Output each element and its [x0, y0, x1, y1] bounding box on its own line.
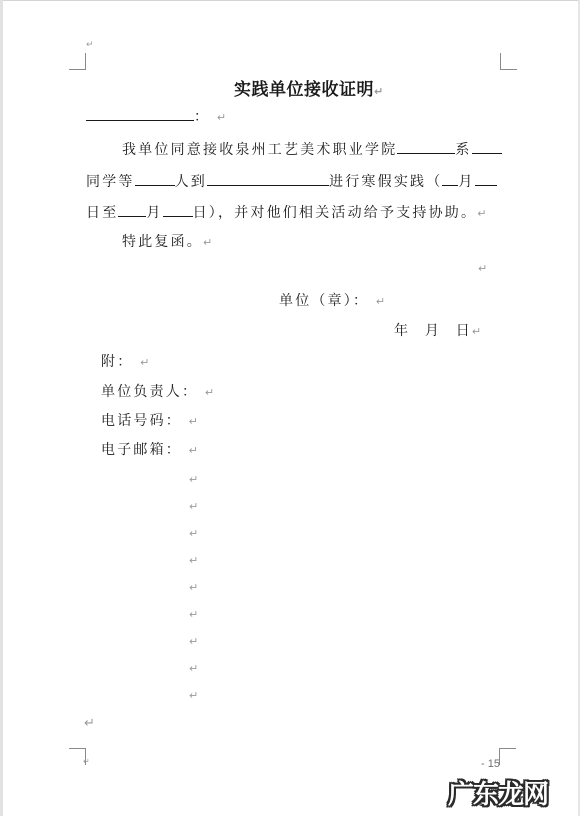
closing-text: 特此复函。	[122, 234, 203, 250]
unit-seal-label: 单位（章）：	[279, 293, 369, 309]
paragraph-mark-icon: ↵	[203, 236, 214, 249]
day-label: 日	[456, 323, 472, 339]
paragraph-mark-icon: ↵	[189, 444, 200, 457]
paragraph-mark-icon: ↵	[189, 635, 198, 648]
appendix-field-contact-person: 单位负责人： ↵	[101, 381, 216, 401]
title-text: 实践单位接收证明	[234, 80, 374, 100]
page-frame-left	[0, 0, 3, 816]
end-day-blank[interactable]	[163, 202, 193, 217]
addressee-blank[interactable]	[86, 106, 194, 121]
watermark-logo: 广东龙网	[448, 774, 548, 811]
para1-line2: 同学等人到进行寒假实践（月	[86, 171, 497, 191]
paragraph-mark-icon: ↵	[472, 325, 483, 338]
text: 日），并对他们相关活动给予支持协助。	[193, 205, 478, 221]
text: 我单位同意接收泉州工艺美术职业学院	[122, 142, 397, 158]
department-blank-2[interactable]	[472, 139, 502, 154]
field-label: 电话号码：	[101, 413, 182, 429]
para1-line1: 我单位同意接收泉州工艺美术职业学院系	[122, 139, 502, 159]
appendix-text: 附：	[101, 354, 133, 370]
margin-corner-top-right	[500, 53, 517, 70]
page-number: - 15	[481, 758, 500, 770]
paragraph-mark-icon: ↵	[140, 356, 151, 369]
paragraph-mark-icon: ↵	[376, 295, 387, 308]
paragraph-mark-icon: ↵	[478, 262, 487, 275]
month-label: 月	[425, 323, 441, 339]
paragraph-mark-icon: ↵	[217, 111, 228, 124]
paragraph-mark-icon: ↵	[189, 554, 198, 567]
paragraph-mark-icon: ↵	[374, 85, 384, 98]
appendix-field-phone: 电话号码： ↵	[101, 410, 200, 430]
paragraph-mark-icon: ↵	[189, 527, 198, 540]
paragraph-mark-icon: ↵	[84, 716, 95, 731]
document-title: 实践单位接收证明↵	[234, 75, 384, 100]
paragraph-mark-icon: ↵	[83, 757, 90, 766]
text: 同学等	[86, 174, 135, 190]
field-label: 单位负责人：	[101, 384, 198, 400]
text: 进行寒假实践（	[329, 174, 442, 190]
appendix-label: 附： ↵	[101, 351, 151, 371]
end-month-blank[interactable]	[118, 202, 146, 217]
appendix-field-email: 电子邮箱： ↵	[101, 439, 200, 459]
department-blank[interactable]	[397, 139, 455, 154]
margin-corner-bottom-right	[499, 748, 516, 765]
para1-line3: 日至月日），并对他们相关活动给予支持协助。↵	[86, 202, 489, 222]
closing-line: 特此复函。↵	[122, 231, 214, 251]
text: 系	[455, 142, 471, 158]
text: 人到	[175, 174, 207, 190]
paragraph-mark-icon: ↵	[86, 40, 94, 50]
unit-seal-line: 单位（章）： ↵	[279, 290, 387, 310]
year-label: 年	[394, 323, 410, 339]
date-line: 年 月 日↵	[394, 320, 483, 340]
paragraph-mark-icon: ↵	[189, 473, 198, 486]
destination-blank[interactable]	[207, 171, 329, 186]
paragraph-mark-icon: ↵	[189, 581, 198, 594]
paragraph-mark-icon: ↵	[205, 386, 216, 399]
text: 月	[146, 205, 162, 221]
paragraph-mark-icon: ↵	[189, 662, 198, 675]
page-frame-top	[0, 0, 580, 1]
field-label: 电子邮箱：	[101, 442, 182, 458]
addressee-line: ： ↵	[86, 106, 228, 126]
paragraph-mark-icon: ↵	[189, 500, 198, 513]
start-day-blank[interactable]	[475, 171, 497, 186]
paragraph-mark-icon: ↵	[477, 207, 488, 220]
text: 月	[458, 174, 474, 190]
student-count-blank[interactable]	[135, 171, 175, 186]
paragraph-mark-icon: ↵	[189, 415, 200, 428]
margin-corner-top-left	[69, 53, 86, 70]
paragraph-mark-icon: ↵	[189, 608, 198, 621]
addressee-colon: ：	[194, 109, 210, 125]
paragraph-mark-icon: ↵	[189, 689, 198, 702]
text: 日至	[86, 205, 118, 221]
start-month-blank[interactable]	[442, 171, 458, 186]
